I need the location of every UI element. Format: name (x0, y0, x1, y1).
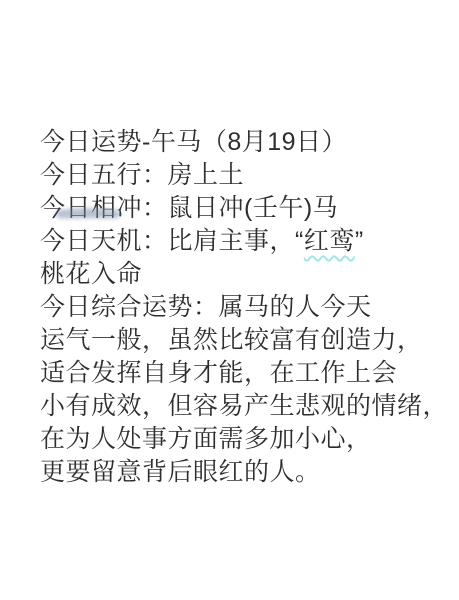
overall-fortune-line-6: 更要留意背后眼红的人。 (40, 456, 440, 489)
overall-fortune-line-1: 今日综合运势：属马的人今天 (40, 291, 440, 324)
zodiac-conflict-line: 今日相冲：鼠日冲(壬午)马 (40, 192, 440, 225)
tianji-suffix-text: ” (355, 227, 364, 255)
five-elements-line: 今日五行：房上土 (40, 159, 440, 192)
zodiac-conflict-text: 今日相冲：鼠日冲(壬午)马 (40, 194, 338, 222)
overall-fortune-line-3: 适合发挥自身才能，在工作上会 (40, 357, 440, 390)
tianji-prefix-text: 今日天机：比肩主事，“ (40, 227, 304, 255)
daily-fortune-title: 今日运势-午马（8月19日） (40, 126, 440, 159)
peach-blossom-line: 桃花入命 (40, 258, 440, 291)
fortune-text-block: 今日运势-午马（8月19日） 今日五行：房上土 今日相冲：鼠日冲(壬午)马 今日… (40, 126, 440, 489)
overall-fortune-line-5: 在为人处事方面需多加小心， (40, 423, 440, 456)
overall-fortune-line-2: 运气一般，虽然比较富有创造力， (40, 324, 440, 357)
red-luan-highlight: 红鸾 (304, 227, 355, 255)
overall-fortune-line-4: 小有成效，但容易产生悲观的情绪， (40, 390, 440, 423)
tianji-line: 今日天机：比肩主事，“红鸾” (40, 225, 440, 258)
fortune-text-page: 今日运势-午马（8月19日） 今日五行：房上土 今日相冲：鼠日冲(壬午)马 今日… (0, 0, 459, 600)
